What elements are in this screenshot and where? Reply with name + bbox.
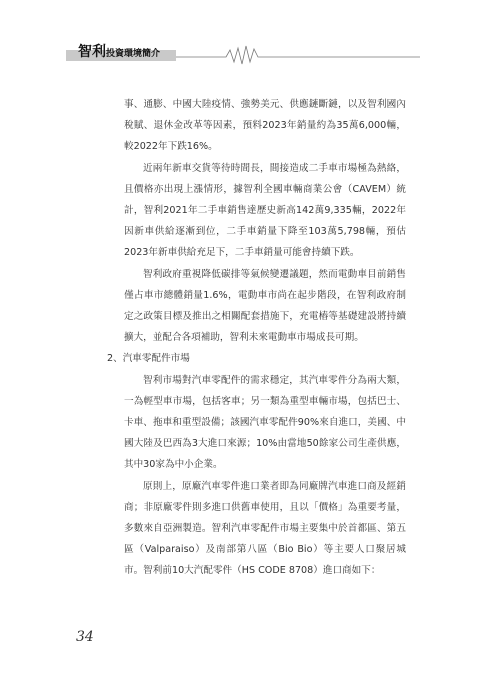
paragraph-used-cars: 近兩年新車交貨等待時間長，間接造成二手車市場極為熱絡，且價格亦出現上漲情形，據智…: [124, 158, 406, 264]
paragraph-electric-vehicles: 智利政府重視降低碳排等氣候變遷議題，然而電動車目前銷售僅占車市總體銷量1.6%，…: [124, 264, 406, 349]
header-title-main: 智利: [78, 44, 106, 60]
paragraph-continued: 事、通膨、中國大陸疫情、強勢美元、供應鏈斷鏈，以及智利國內稅賦、退休金改革等因素…: [124, 94, 406, 158]
paragraph-parts-importers: 原則上，原廠汽車零件進口業者即為同廠牌汽車進口商及經銷商；非原廠零件則多進口供舊…: [124, 476, 406, 582]
section-heading: 2、汽車零配件市場: [107, 348, 406, 369]
body-text: 事、通膨、中國大陸疫情、強勢美元、供應鏈斷鏈，以及智利國內稅賦、退休金改革等因素…: [124, 94, 406, 582]
page-number: 34: [76, 629, 94, 645]
paragraph-parts-demand: 智利市場對汽車零配件的需求穩定，其汽車零件分為兩大類，一為輕型車市場，包括客車；…: [124, 370, 406, 476]
header-title: 智利投資環境簡介: [78, 41, 160, 61]
header-title-sub: 投資環境簡介: [106, 49, 160, 59]
running-header: 智利投資環境簡介: [66, 38, 420, 62]
